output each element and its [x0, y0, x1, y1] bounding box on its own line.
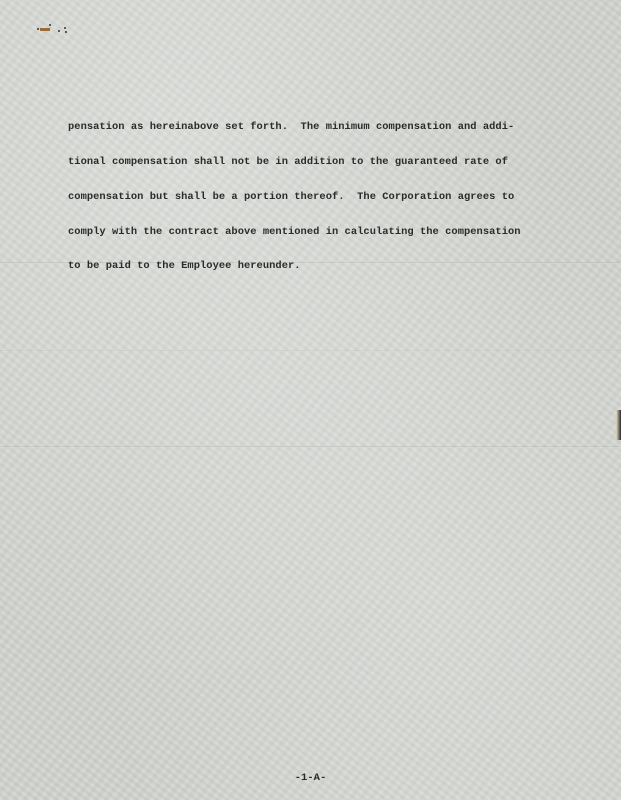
rust-stain — [40, 28, 50, 31]
paper-fold-line — [0, 446, 621, 448]
torn-edge — [616, 410, 621, 440]
text-line: pensation as hereinabove set forth. The … — [68, 122, 608, 134]
text-line: comply with the contract above mentioned… — [68, 227, 608, 239]
ink-dot — [65, 31, 67, 33]
text-line: tional compensation shall not be in addi… — [68, 157, 608, 169]
paper-fold-line — [0, 350, 621, 352]
ink-dot — [37, 28, 39, 30]
typed-paragraph: pensation as hereinabove set forth. The … — [68, 99, 608, 296]
ink-dot — [58, 30, 60, 32]
text-line: to be paid to the Employee hereunder. — [68, 261, 608, 273]
ink-dot — [49, 24, 51, 26]
staple-mark-icon — [34, 24, 74, 38]
page-number: -1-A- — [0, 772, 621, 784]
document-page: pensation as hereinabove set forth. The … — [0, 0, 621, 800]
text-line: compensation but shall be a portion ther… — [68, 192, 608, 204]
ink-dot — [64, 27, 66, 29]
